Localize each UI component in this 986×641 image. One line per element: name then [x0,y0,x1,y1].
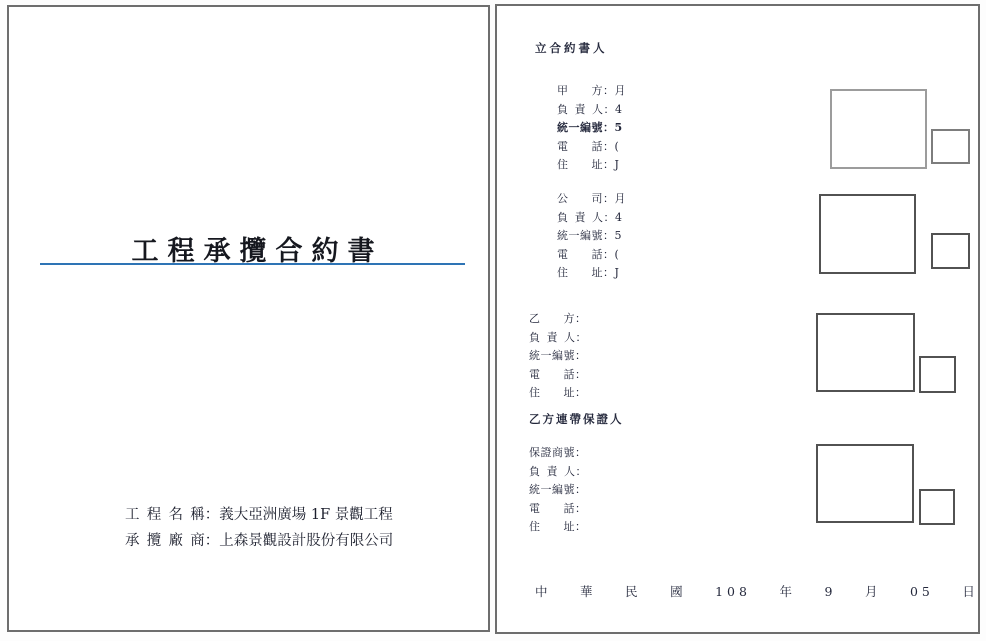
date-token: 中 [535,582,548,600]
field-row: 電 話：( [557,138,626,157]
field-value: 月 [615,192,626,205]
field-value: J [615,158,619,171]
date-token: 1 0 8 [715,584,747,599]
field-row: 住 址： [529,518,587,537]
field-value: 4 [615,211,622,224]
signature-box-large [816,313,915,392]
field-label: 電 話： [529,368,587,381]
field-row: 住 址：J [557,264,626,283]
field-row: 住 址： [529,384,587,403]
field-row: 電 話：( [557,246,626,265]
date-token: 月 [865,582,878,600]
signature-box-large [830,89,927,169]
field-label: 負 責 人： [529,331,587,344]
cover-info-block: 工 程 名 稱：義大亞洲廣場 1F 景觀工程 承 攬 廠 商：上森景觀設計股份有… [125,502,393,554]
field-row: 負 責 人： [529,463,587,482]
field-value: 月 [615,84,626,97]
field-row: 公 司：月 [557,190,626,209]
signature-box-large [816,444,914,523]
field-label: 乙 方： [529,312,587,325]
party-group-guarantor: 保證商號： 負 責 人： 統一編號： 電 話： 住 址： [529,444,587,537]
field-value: 5 [615,121,623,134]
party-group-a: 甲 方：月 負 責 人：4 統一編號：5 電 話：( 住 址：J [557,82,626,175]
field-row: 負 責 人：4 [557,209,626,228]
field-label: 統一編號： [557,121,615,134]
field-value: J [615,266,619,279]
field-label: 住 址： [529,520,587,533]
field-row: 統一編號： [529,481,587,500]
seal-box-small [931,129,970,164]
field-row: 電 話： [529,500,587,519]
field-row: 統一編號：5 [557,227,626,246]
field-label: 住 址： [529,386,587,399]
field-label: 統一編號： [529,483,587,496]
field-label: 電 話： [557,248,615,261]
field-label: 負 責 人： [557,211,615,224]
field-value: 5 [615,229,622,242]
project-name-line: 工 程 名 稱：義大亞洲廣場 1F 景觀工程 [125,502,393,528]
party-group-b: 乙 方： 負 責 人： 統一編號： 電 話： 住 址： [529,310,587,403]
seal-box-small [919,356,956,393]
field-label: 甲 方： [557,84,615,97]
seal-box-small [931,233,970,269]
field-row: 住 址：J [557,156,626,175]
field-row: 統一編號： [529,347,587,366]
parties-page: 立合約書人 甲 方：月 負 責 人：4 統一編號：5 電 話：( 住 址：J 公… [495,4,980,634]
field-value: ( [615,248,619,261]
cover-page: 工程承攬合約書 工 程 名 稱：義大亞洲廣場 1F 景觀工程 承 攬 廠 商：上… [7,5,490,632]
field-label: 統一編號： [557,229,615,242]
parties-heading: 立合約書人 [535,40,608,56]
date-token: 國 [670,582,683,600]
date-token: 9 [824,584,832,599]
seal-box-small [919,489,955,525]
field-row: 電 話： [529,366,587,385]
contractor-line: 承 攬 廠 商：上森景觀設計股份有限公司 [125,528,393,554]
field-label: 負 責 人： [557,103,615,116]
date-token: 年 [779,582,792,600]
field-row: 統一編號：5 [557,119,626,138]
field-label: 統一編號： [529,349,587,362]
signature-box-large [819,194,916,274]
field-row: 負 責 人： [529,329,587,348]
field-label: 住 址： [557,266,615,279]
field-value: ( [615,140,619,153]
title-underline [40,263,465,265]
field-value: 4 [615,103,622,116]
field-row: 保證商號： [529,444,587,463]
field-label: 電 話： [529,502,587,515]
guarantor-heading: 乙方連帶保證人 [529,411,624,427]
roc-date-line: 中 華 民 國 1 0 8 年 9 月 0 5 日 [535,582,975,600]
date-token: 華 [580,582,593,600]
document-canvas: 工程承攬合約書 工 程 名 稱：義大亞洲廣場 1F 景觀工程 承 攬 廠 商：上… [0,0,986,641]
date-token: 0 5 [910,584,930,599]
party-group-company: 公 司：月 負 責 人：4 統一編號：5 電 話：( 住 址：J [557,190,626,283]
field-label: 保證商號： [529,446,587,459]
field-row: 甲 方：月 [557,82,626,101]
date-token: 日 [962,582,975,600]
field-label: 電 話： [557,140,615,153]
field-label: 公 司： [557,192,615,205]
field-row: 乙 方： [529,310,587,329]
date-token: 民 [625,582,638,600]
field-label: 負 責 人： [529,465,587,478]
field-label: 住 址： [557,158,615,171]
field-row: 負 責 人：4 [557,101,626,120]
